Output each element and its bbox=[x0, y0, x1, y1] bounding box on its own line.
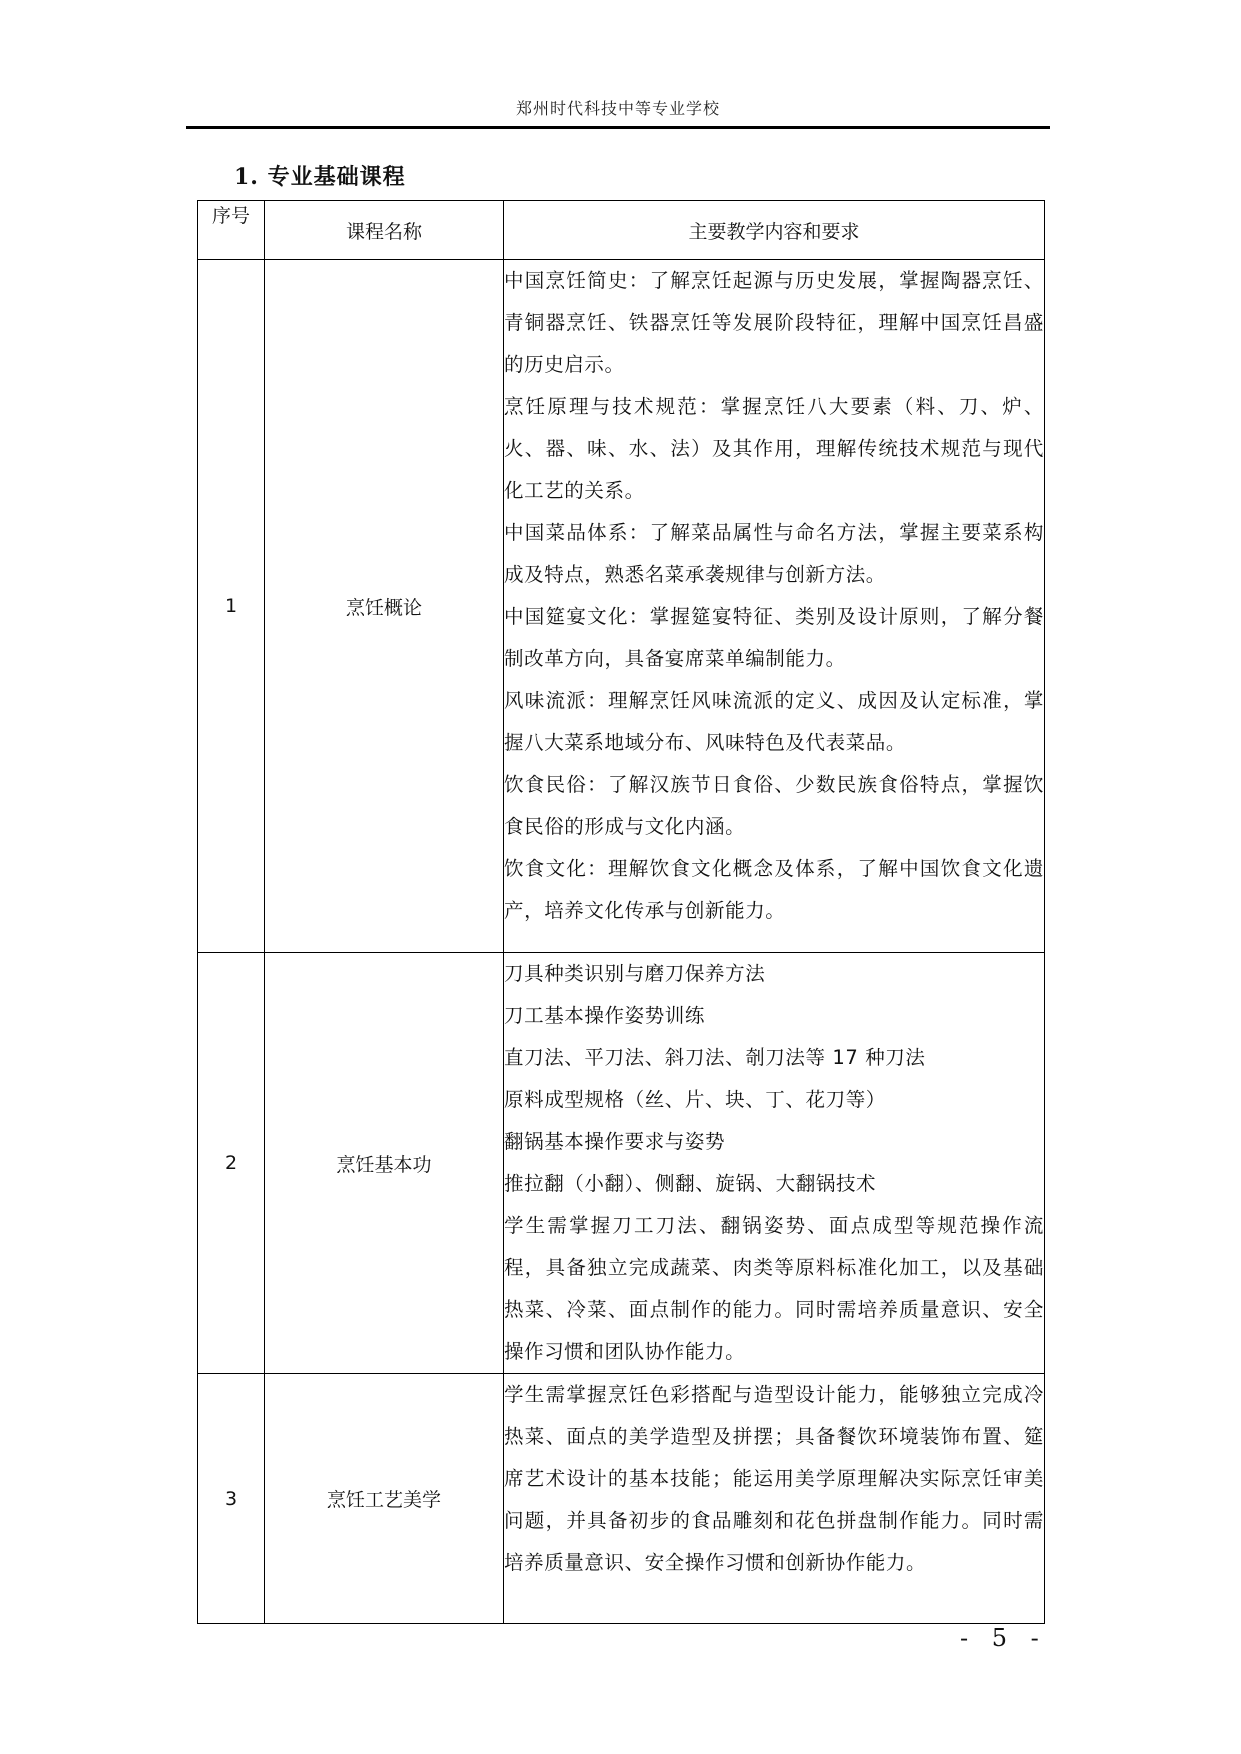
course-name: 烹饪概论 bbox=[265, 260, 504, 953]
course-content: 中国烹饪简史：了解烹饪起源与历史发展，掌握陶器烹饪、青铜器烹饪、铁器烹饪等发展阶… bbox=[504, 260, 1045, 953]
content-paragraph: 刀具种类识别与磨刀保养方法 bbox=[504, 953, 1044, 995]
running-header-school-name: 郑州时代科技中等专业学校 bbox=[186, 96, 1050, 119]
content-paragraph: 烹饪原理与技术规范：掌握烹饪八大要素（料、刀、炉、火、器、味、水、法）及其作用，… bbox=[504, 386, 1044, 512]
content-paragraph: 推拉翻（小翻）、侧翻、旋锅、大翻锅技术 bbox=[504, 1163, 1044, 1205]
content-paragraph: 学生需掌握烹饪色彩搭配与造型设计能力，能够独立完成冷热菜、面点的美学造型及拼摆；… bbox=[504, 1374, 1044, 1584]
column-header-course-name: 课程名称 bbox=[265, 201, 504, 260]
column-header-no: 序号 bbox=[198, 201, 265, 260]
column-header-content: 主要教学内容和要求 bbox=[504, 201, 1045, 260]
row-number: 3 bbox=[198, 1374, 265, 1624]
content-paragraph: 饮食文化：理解饮食文化概念及体系，了解中国饮食文化遗产，培养文化传承与创新能力。 bbox=[504, 848, 1044, 932]
content-paragraph: 中国菜品体系：了解菜品属性与命名方法，掌握主要菜系构成及特点，熟悉名菜承袭规律与… bbox=[504, 512, 1044, 596]
page-number: - 5 - bbox=[960, 1624, 1047, 1652]
content-paragraph: 风味流派：理解烹饪风味流派的定义、成因及认定标准，掌握八大菜系地域分布、风味特色… bbox=[504, 680, 1044, 764]
table-row: 1 烹饪概论 中国烹饪简史：了解烹饪起源与历史发展，掌握陶器烹饪、青铜器烹饪、铁… bbox=[198, 260, 1045, 953]
course-content: 学生需掌握烹饪色彩搭配与造型设计能力，能够独立完成冷热菜、面点的美学造型及拼摆；… bbox=[504, 1374, 1045, 1624]
table-row: 3 烹饪工艺美学 学生需掌握烹饪色彩搭配与造型设计能力，能够独立完成冷热菜、面点… bbox=[198, 1374, 1045, 1624]
content-paragraph: 学生需掌握刀工刀法、翻锅姿势、面点成型等规范操作流程，具备独立完成蔬菜、肉类等原… bbox=[504, 1205, 1044, 1373]
table-row: 2 烹饪基本功 刀具种类识别与磨刀保养方法 刀工基本操作姿势训练 直刀法、平刀法… bbox=[198, 953, 1045, 1374]
content-paragraph: 原料成型规格（丝、片、块、丁、花刀等） bbox=[504, 1079, 1044, 1121]
header-rule bbox=[186, 126, 1050, 129]
content-paragraph: 翻锅基本操作要求与姿势 bbox=[504, 1121, 1044, 1163]
course-name: 烹饪工艺美学 bbox=[265, 1374, 504, 1624]
content-paragraph: 中国筵宴文化：掌握筵宴特征、类别及设计原则，了解分餐制改革方向，具备宴席菜单编制… bbox=[504, 596, 1044, 680]
content-paragraph: 直刀法、平刀法、斜刀法、剞刀法等 17 种刀法 bbox=[504, 1037, 1044, 1079]
row-number: 2 bbox=[198, 953, 265, 1374]
course-name: 烹饪基本功 bbox=[265, 953, 504, 1374]
content-paragraph: 饮食民俗：了解汉族节日食俗、少数民族食俗特点，掌握饮食民俗的形成与文化内涵。 bbox=[504, 764, 1044, 848]
row-number: 1 bbox=[198, 260, 265, 953]
section-title: 1. 专业基础课程 bbox=[234, 160, 406, 191]
course-content: 刀具种类识别与磨刀保养方法 刀工基本操作姿势训练 直刀法、平刀法、斜刀法、剞刀法… bbox=[504, 953, 1045, 1374]
course-table: 序号 课程名称 主要教学内容和要求 1 烹饪概论 中国烹饪简史：了解烹饪起源与历… bbox=[197, 200, 1045, 1624]
table-header-row: 序号 课程名称 主要教学内容和要求 bbox=[198, 201, 1045, 260]
content-paragraph: 刀工基本操作姿势训练 bbox=[504, 995, 1044, 1037]
content-paragraph: 中国烹饪简史：了解烹饪起源与历史发展，掌握陶器烹饪、青铜器烹饪、铁器烹饪等发展阶… bbox=[504, 260, 1044, 386]
